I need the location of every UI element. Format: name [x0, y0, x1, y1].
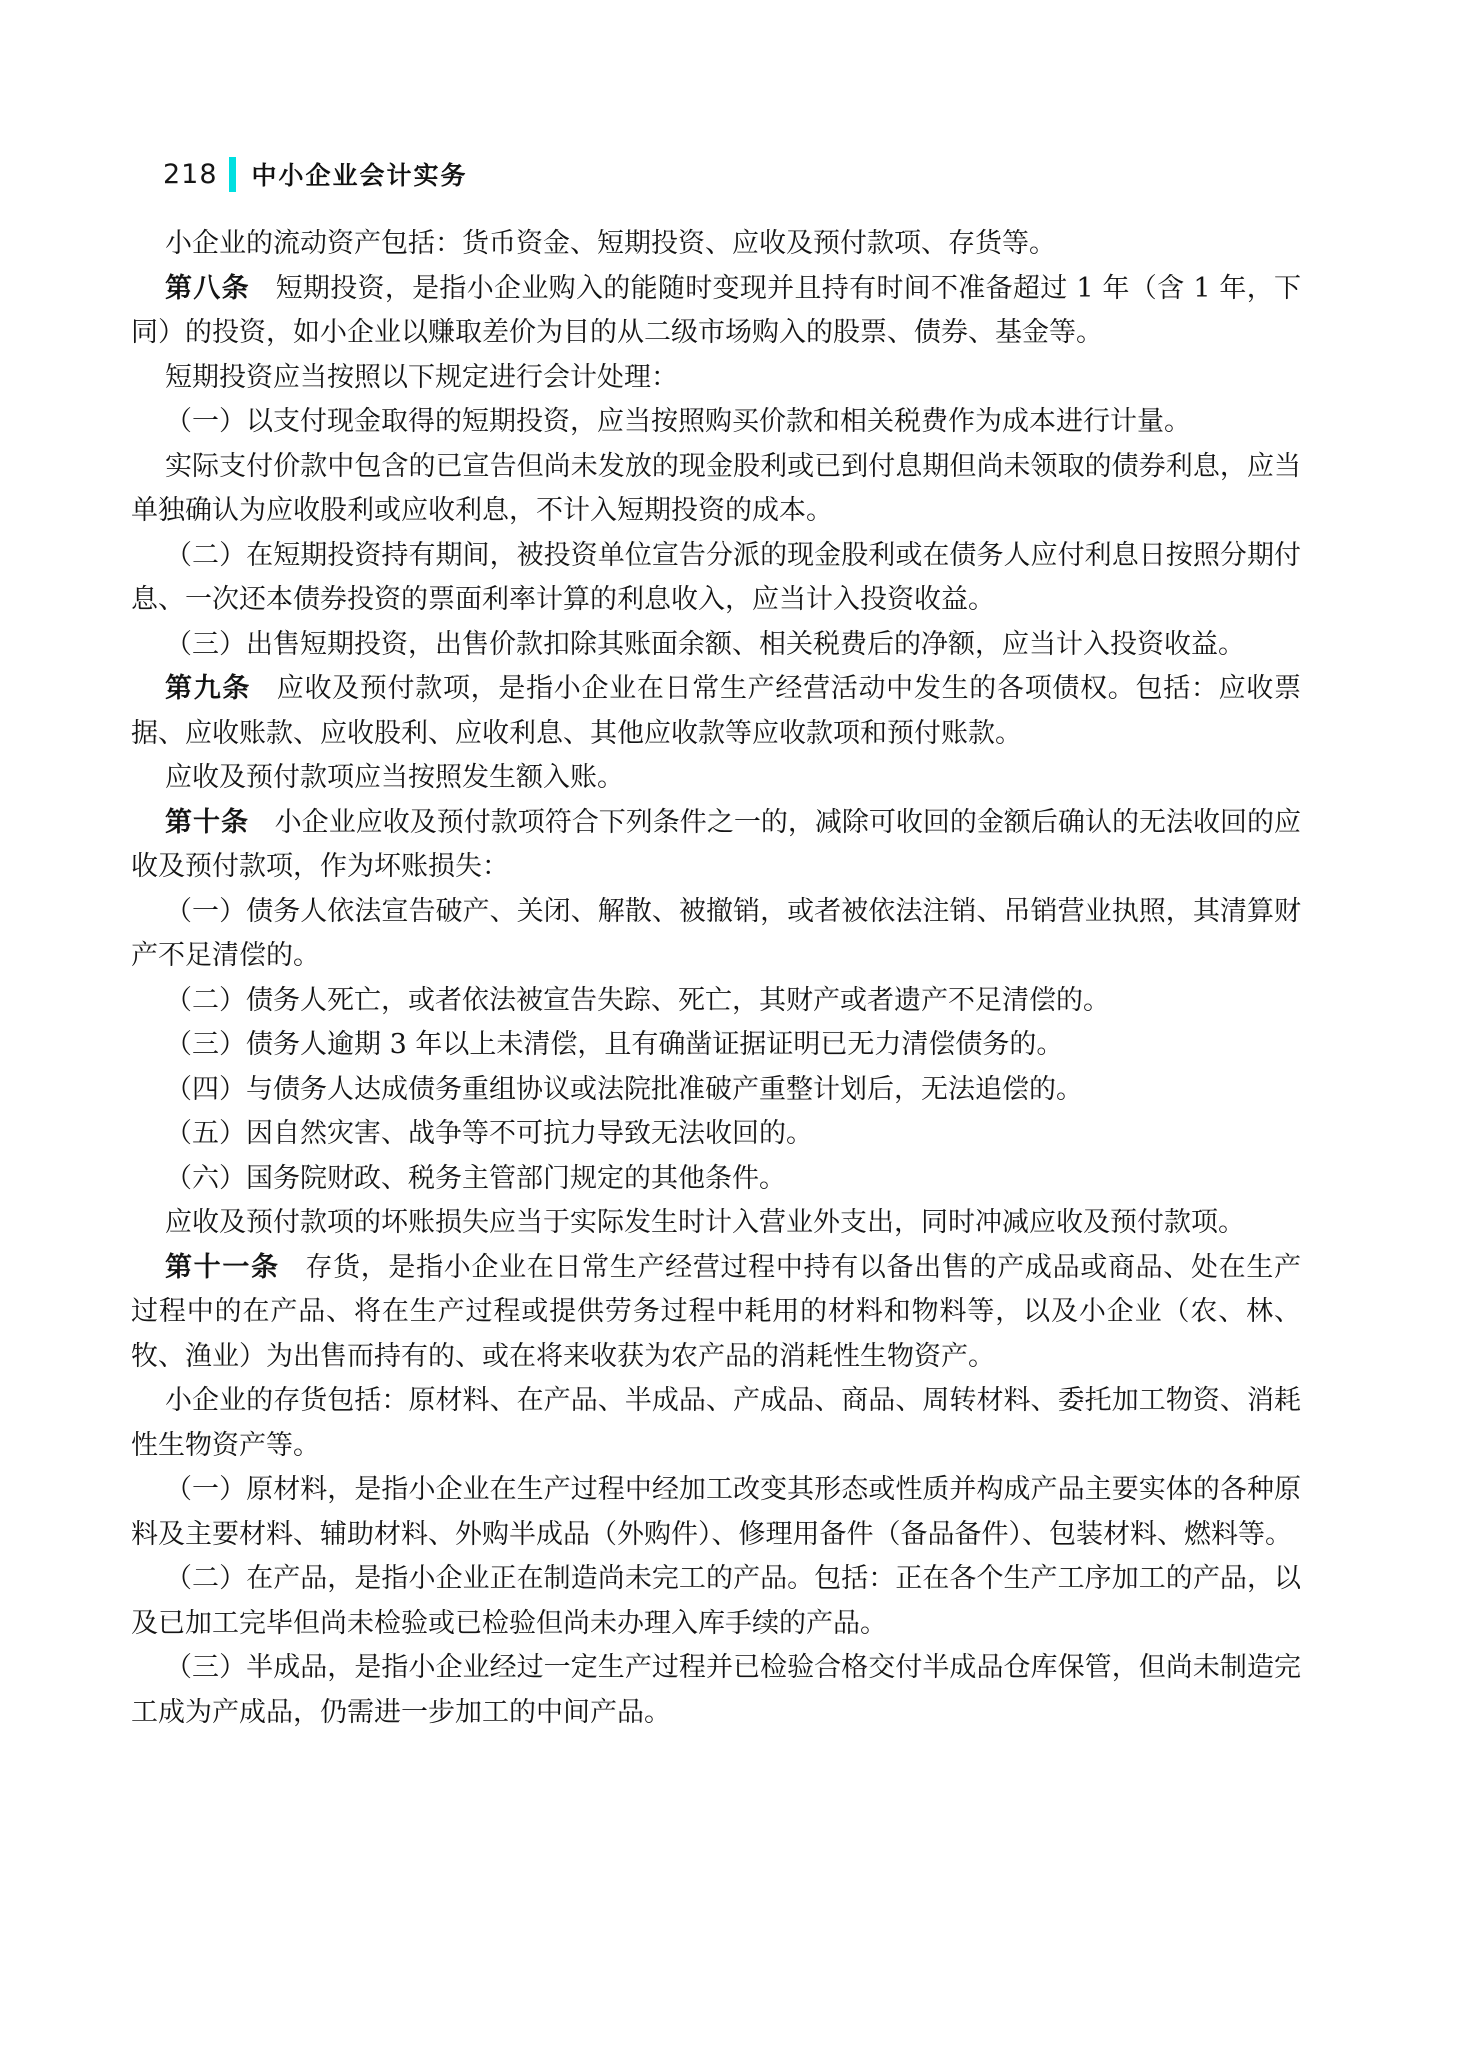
paragraph: 应收及预付款项的坏账损失应当于实际发生时计入营业外支出，同时冲减应收及预付款项。 [131, 1201, 1301, 1246]
paragraph: （三）债务人逾期 3 年以上未清偿，且有确凿证据证明已无力清偿债务的。 [131, 1023, 1301, 1068]
paragraph-text: （二）在产品，是指小企业正在制造尚未完工的产品。包括：正在各个生产工序加工的产品… [131, 1563, 1301, 1639]
paragraph-text: （二）在短期投资持有期间，被投资单位宣告分派的现金股利或在债务人应付利息日按照分… [131, 540, 1301, 616]
paragraph: 短期投资应当按照以下规定进行会计处理： [131, 356, 1301, 401]
paragraph: （四）与债务人达成债务重组协议或法院批准破产重整计划后，无法追偿的。 [131, 1068, 1301, 1113]
paragraph: 小企业的流动资产包括：货币资金、短期投资、应收及预付款项、存货等。 [131, 222, 1301, 267]
paragraph: （三）出售短期投资，出售价款扣除其账面余额、相关税费后的净额，应当计入投资收益。 [131, 623, 1301, 668]
paragraph: （一）债务人依法宣告破产、关闭、解散、被撤销，或者被依法注销、吊销营业执照，其清… [131, 890, 1301, 979]
paragraph: （一）以支付现金取得的短期投资，应当按照购买价款和相关税费作为成本进行计量。 [131, 400, 1301, 445]
paragraph-text: 小企业的存货包括：原材料、在产品、半成品、产成品、商品、周转材料、委托加工物资、… [131, 1385, 1301, 1461]
article-number: 第八条 [165, 273, 250, 304]
paragraph: （二）在产品，是指小企业正在制造尚未完工的产品。包括：正在各个生产工序加工的产品… [131, 1557, 1301, 1646]
paragraph: （五）因自然灾害、战争等不可抗力导致无法收回的。 [131, 1112, 1301, 1157]
paragraph-text: （二）债务人死亡，或者依法被宣告失踪、死亡，其财产或者遗产不足清偿的。 [165, 985, 1110, 1016]
paragraph-text: （三）债务人逾期 3 年以上未清偿，且有确凿证据证明已无力清偿债务的。 [165, 1029, 1063, 1060]
paragraph-text: （五）因自然灾害、战争等不可抗力导致无法收回的。 [165, 1118, 813, 1149]
paragraph: 应收及预付款项应当按照发生额入账。 [131, 756, 1301, 801]
paragraph: （六）国务院财政、税务主管部门规定的其他条件。 [131, 1157, 1301, 1202]
paragraph: （二）在短期投资持有期间，被投资单位宣告分派的现金股利或在债务人应付利息日按照分… [131, 534, 1301, 623]
paragraph-text: 应收及预付款项，是指小企业在日常生产经营活动中发生的各项债权。包括：应收票据、应… [131, 673, 1301, 749]
paragraph-text: 存货，是指小企业在日常生产经营过程中持有以备出售的产成品或商品、处在生产过程中的… [131, 1252, 1301, 1372]
article-paragraph: 第十条小企业应收及预付款项符合下列条件之一的，减除可收回的金额后确认的无法收回的… [131, 801, 1301, 890]
paragraph-text: 短期投资，是指小企业购入的能随时变现并且持有时间不准备超过 1 年（含 1 年，… [131, 273, 1301, 349]
paragraph-text: （六）国务院财政、税务主管部门规定的其他条件。 [165, 1163, 786, 1194]
paragraph-text: 短期投资应当按照以下规定进行会计处理： [165, 362, 678, 393]
paragraph: （三）半成品，是指小企业经过一定生产过程并已检验合格交付半成品仓库保管，但尚未制… [131, 1646, 1301, 1735]
paragraph: 实际支付价款中包含的已宣告但尚未发放的现金股利或已到付息期但尚未领取的债券利息，… [131, 445, 1301, 534]
paragraph-text: 小企业的流动资产包括：货币资金、短期投资、应收及预付款项、存货等。 [165, 228, 1056, 259]
paragraph: （一）原材料，是指小企业在生产过程中经加工改变其形态或性质并构成产品主要实体的各… [131, 1468, 1301, 1557]
header-divider-bar [229, 157, 236, 192]
article-number: 第十条 [165, 807, 249, 838]
paragraph-text: 应收及预付款项的坏账损失应当于实际发生时计入营业外支出，同时冲减应收及预付款项。 [165, 1207, 1245, 1238]
paragraph-text: 小企业应收及预付款项符合下列条件之一的，减除可收回的金额后确认的无法收回的应收及… [131, 807, 1301, 883]
paragraph: （二）债务人死亡，或者依法被宣告失踪、死亡，其财产或者遗产不足清偿的。 [131, 979, 1301, 1024]
article-number: 第十一条 [165, 1252, 280, 1283]
paragraph-text: （一）债务人依法宣告破产、关闭、解散、被撤销，或者被依法注销、吊销营业执照，其清… [131, 896, 1301, 972]
paragraph-text: （三）半成品，是指小企业经过一定生产过程并已检验合格交付半成品仓库保管，但尚未制… [131, 1652, 1301, 1728]
paragraph-text: （四）与债务人达成债务重组协议或法院批准破产重整计划后，无法追偿的。 [165, 1074, 1083, 1105]
paragraph-text: （一）原材料，是指小企业在生产过程中经加工改变其形态或性质并构成产品主要实体的各… [131, 1474, 1301, 1550]
article-paragraph: 第九条应收及预付款项，是指小企业在日常生产经营活动中发生的各项债权。包括：应收票… [131, 667, 1301, 756]
paragraph-text: 实际支付价款中包含的已宣告但尚未发放的现金股利或已到付息期但尚未领取的债券利息，… [131, 451, 1301, 527]
paragraph-text: （三）出售短期投资，出售价款扣除其账面余额、相关税费后的净额，应当计入投资收益。 [165, 629, 1245, 660]
paragraph-text: 应收及预付款项应当按照发生额入账。 [165, 762, 624, 793]
page-number: 218 [163, 159, 218, 190]
book-title: 中小企业会计实务 [252, 156, 468, 192]
page-body: 小企业的流动资产包括：货币资金、短期投资、应收及预付款项、存货等。第八条短期投资… [131, 222, 1301, 1735]
page-header: 218 中小企业会计实务 [163, 156, 468, 192]
paragraph-text: （一）以支付现金取得的短期投资，应当按照购买价款和相关税费作为成本进行计量。 [165, 406, 1191, 437]
article-paragraph: 第八条短期投资，是指小企业购入的能随时变现并且持有时间不准备超过 1 年（含 1… [131, 267, 1301, 356]
article-paragraph: 第十一条存货，是指小企业在日常生产经营过程中持有以备出售的产成品或商品、处在生产… [131, 1246, 1301, 1380]
book-page: 218 中小企业会计实务 小企业的流动资产包括：货币资金、短期投资、应收及预付款… [0, 0, 1457, 2048]
article-number: 第九条 [165, 673, 251, 704]
paragraph: 小企业的存货包括：原材料、在产品、半成品、产成品、商品、周转材料、委托加工物资、… [131, 1379, 1301, 1468]
